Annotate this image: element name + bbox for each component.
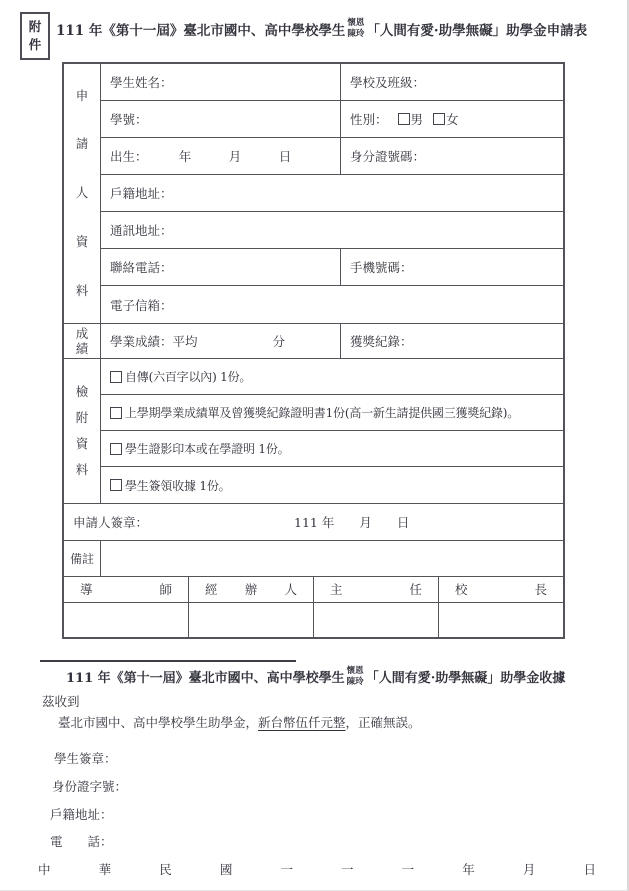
receipt-amount-line: 臺北市國中、高中學校學生助學金，新台幣伍仟元整，正確無誤。 bbox=[58, 713, 421, 731]
donor-name-bottom: 陳玲 bbox=[347, 29, 364, 40]
attachment-item-label: 學生簽領收據 1份。 bbox=[125, 477, 230, 494]
applicant-info-group: 申請人資料 學生姓名： 學校及班級： 學號： 性別： 男 女 出生： 年 月 日 bbox=[64, 64, 563, 324]
scanned-application-form-page: { "appearance": { "ink_color": "#32323c"… bbox=[0, 0, 629, 891]
field-academic-grade: 學業成績：平均 分 bbox=[101, 324, 340, 358]
field-mobile: 手機號碼： bbox=[340, 249, 563, 285]
applicant-signature-row: 申請人簽章： 111 年 月 日 bbox=[64, 504, 563, 541]
grades-group: 成績 學業成績：平均 分 獲獎紀錄： bbox=[64, 324, 563, 359]
approval-col-handler: 經辦人 bbox=[189, 577, 314, 602]
field-birth-date: 出生： 年 月 日 bbox=[101, 138, 340, 174]
field-student-name: 學生姓名： bbox=[101, 64, 340, 100]
date-token: 一 bbox=[280, 860, 293, 878]
checkbox-female[interactable] bbox=[433, 113, 445, 125]
receipt-student-signature-label: 學生簽章： bbox=[54, 749, 117, 767]
checkbox-signed-receipt[interactable] bbox=[110, 479, 122, 491]
gender-male-label: 男 bbox=[411, 110, 424, 128]
date-token: 年 bbox=[462, 860, 475, 878]
row-attachment-studentcard: 學生證影印本或在學證明 1份。 bbox=[101, 431, 563, 467]
approval-col-principal: 校長 bbox=[439, 577, 563, 602]
applicant-signature-label: 申請人簽章： bbox=[73, 513, 148, 531]
donor-name-top: 懷恩 bbox=[347, 18, 364, 29]
applicant-section-label: 申請人資料 bbox=[64, 64, 101, 323]
receipt-amount: 新台幣伍仟元整 bbox=[258, 715, 346, 730]
field-household-address: 戶籍地址： bbox=[101, 175, 563, 211]
row-mailing-address: 通訊地址： bbox=[101, 212, 563, 249]
approval-sign-cell bbox=[189, 603, 314, 637]
attachments-section-label: 檢附資料 bbox=[64, 359, 101, 503]
field-mailing-address: 通訊地址： bbox=[101, 212, 563, 248]
attachment-item-label: 上學期學業成績單及曾獲獎紀錄證明書1份(高一新生請提供國三獲獎紀錄)。 bbox=[125, 404, 519, 421]
row-attachment-transcript: 上學期學業成績單及曾獲獎紀錄證明書1份(高一新生請提供國三獲獎紀錄)。 bbox=[101, 395, 563, 431]
cut-line-divider bbox=[40, 660, 296, 662]
receipt-intro: 茲收到 bbox=[42, 692, 80, 710]
field-award-record: 獲獎紀錄： bbox=[340, 324, 563, 358]
receipt-household-address-label: 戶籍地址： bbox=[50, 805, 113, 823]
donor-name-bottom: 陳玲 bbox=[347, 677, 364, 688]
remark-blank-cell bbox=[101, 541, 563, 576]
receipt-title-suffix: 「人間有愛·助學無礙」助學金收據 bbox=[366, 667, 566, 686]
approval-sign-cell bbox=[314, 603, 439, 637]
approval-signature-row bbox=[64, 603, 563, 637]
approval-header-row: 導師 經辦人 主任 校長 bbox=[64, 577, 563, 603]
row-attachment-autobiography: 自傳(六百字以內) 1份。 bbox=[101, 359, 563, 395]
checkbox-student-card[interactable] bbox=[110, 443, 122, 455]
receipt-id-number-label: 身份證字號： bbox=[52, 777, 127, 795]
attachment-item-label: 學生證影印本或在學證明 1份。 bbox=[125, 440, 289, 457]
date-token: 中 bbox=[38, 860, 51, 878]
receipt-body-suffix: ，正確無誤。 bbox=[346, 715, 421, 730]
remark-row: 備註 bbox=[64, 541, 563, 577]
gender-label: 性別： bbox=[350, 110, 388, 128]
donor-name-stack: 懷恩 陳玲 bbox=[347, 18, 364, 39]
receipt-phone-label: 電 話： bbox=[50, 832, 113, 850]
row-phone-mobile: 聯絡電話： 手機號碼： bbox=[101, 249, 563, 286]
date-token: 國 bbox=[220, 860, 233, 878]
field-phone: 聯絡電話： bbox=[101, 249, 340, 285]
donor-name-stack: 懷恩 陳玲 bbox=[347, 666, 364, 687]
receipt-title: 111 年《第十一屆》臺北市國中、高中學校學生 懷恩 陳玲 「人間有愛·助學無礙… bbox=[66, 666, 565, 687]
receipt-title-prefix: 111 年《第十一屆》臺北市國中、高中學校學生 bbox=[66, 667, 345, 686]
date-token: 一 bbox=[341, 860, 354, 878]
row-id-gender: 學號： 性別： 男 女 bbox=[101, 101, 563, 138]
field-national-id: 身分證號碼： bbox=[340, 138, 563, 174]
donor-name-top: 懷恩 bbox=[347, 666, 364, 677]
row-attachment-receipt: 學生簽領收據 1份。 bbox=[101, 467, 563, 503]
receipt-roc-date-line: 中 華 民 國 一 一 一 年 月 日 bbox=[38, 860, 596, 878]
date-token: 日 bbox=[583, 860, 596, 878]
row-birth-nationalid: 出生： 年 月 日 身分證號碼： bbox=[101, 138, 563, 175]
row-grades: 學業成績：平均 分 獲獎紀錄： bbox=[101, 324, 563, 358]
remark-label: 備註 bbox=[64, 541, 101, 576]
gender-female-label: 女 bbox=[446, 110, 459, 128]
form-title-prefix: 111 年《第十一屆》臺北市國中、高中學校學生 bbox=[56, 19, 345, 39]
date-token: 華 bbox=[99, 860, 112, 878]
field-student-id: 學號： bbox=[101, 101, 340, 137]
approval-sign-cell bbox=[64, 603, 189, 637]
date-token: 民 bbox=[159, 860, 172, 878]
date-token: 月 bbox=[523, 860, 536, 878]
attachments-group: 檢附資料 自傳(六百字以內) 1份。 上學期學業成績單及曾獲獎紀錄證明書1份(高… bbox=[64, 359, 563, 504]
row-name-school: 學生姓名： 學校及班級： bbox=[101, 64, 563, 101]
attachment-tag-box: 附件 bbox=[20, 12, 50, 60]
approval-col-homeroom-teacher: 導師 bbox=[64, 577, 189, 602]
application-table: 申請人資料 學生姓名： 學校及班級： 學號： 性別： 男 女 出生： 年 月 日 bbox=[62, 62, 565, 639]
grades-section-label: 成績 bbox=[64, 324, 101, 358]
row-email: 電子信箱： bbox=[101, 286, 563, 323]
approval-col-director: 主任 bbox=[314, 577, 439, 602]
attachment-item-label: 自傳(六百字以內) 1份。 bbox=[125, 368, 251, 385]
field-school-class: 學校及班級： bbox=[340, 64, 563, 100]
checkbox-male[interactable] bbox=[398, 113, 410, 125]
date-token: 一 bbox=[402, 860, 415, 878]
applicant-signature-date: 111 年 月 日 bbox=[294, 513, 409, 531]
receipt-body-prefix: 臺北市國中、高中學校學生助學金， bbox=[58, 715, 258, 730]
field-email: 電子信箱： bbox=[101, 286, 563, 323]
form-title: 111 年《第十一屆》臺北市國中、高中學校學生 懷恩 陳玲 「人間有愛·助學無礙… bbox=[56, 18, 587, 39]
approval-sign-cell bbox=[439, 603, 563, 637]
checkbox-transcript[interactable] bbox=[110, 407, 122, 419]
attachment-tag-label: 附件 bbox=[29, 18, 42, 54]
row-household-address: 戶籍地址： bbox=[101, 175, 563, 212]
form-title-suffix: 「人間有愛·助學無礙」助學金申請表 bbox=[366, 19, 587, 39]
checkbox-autobiography[interactable] bbox=[110, 371, 122, 383]
field-gender: 性別： 男 女 bbox=[340, 101, 563, 137]
